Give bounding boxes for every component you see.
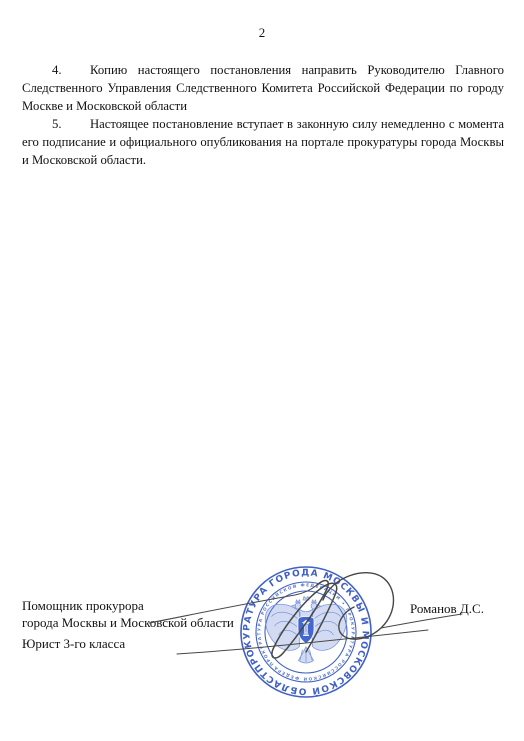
- signer-position-line2: города Москвы и Московской области: [22, 614, 234, 631]
- paragraph-4-text: Копию настоящего постановления направить…: [22, 63, 504, 113]
- paragraph-4: 4.Копию настоящего постановления направи…: [22, 61, 504, 115]
- document-page: 2 4.Копию настоящего постановления напра…: [0, 0, 524, 169]
- stamp-outer-circle: [241, 567, 371, 697]
- signer-name: Романов Д.С.: [410, 601, 484, 616]
- paragraph-4-number: 4.: [52, 61, 90, 79]
- coat-of-arms-emblem-icon: [265, 597, 346, 664]
- stamp-inner-circle: [265, 591, 347, 673]
- signature-block: Помощник прокурора города Москвы и Моско…: [22, 597, 234, 652]
- signer-position-line1: Помощник прокурора: [22, 597, 234, 614]
- signer-rank: Юрист 3-го класса: [22, 635, 234, 652]
- page-number: 2: [0, 0, 524, 40]
- paragraph-5-text: Настоящее постановление вступает в закон…: [22, 117, 504, 167]
- document-body: 4.Копию настоящего постановления направи…: [22, 61, 504, 169]
- paragraph-5: 5.Настоящее постановление вступает в зак…: [22, 115, 504, 169]
- stamp-middle-circle: [256, 582, 356, 682]
- paragraph-5-number: 5.: [52, 115, 90, 133]
